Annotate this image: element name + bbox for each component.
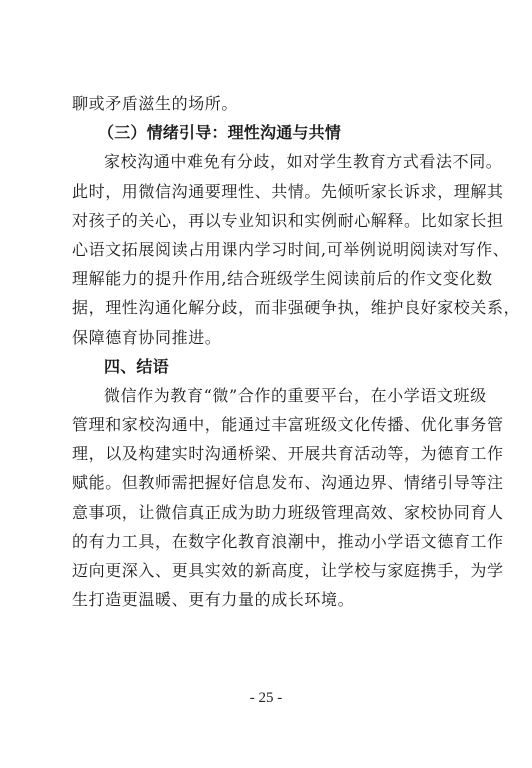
subheading-emotional-guidance: （三）情绪引导：理性沟通与共情 xyxy=(72,118,468,147)
paragraph-line: 聊或矛盾滋生的场所。 xyxy=(72,89,468,118)
paragraph-line: 对孩子的关心，再以专业知识和实例耐心解释。比如家长担 xyxy=(72,206,468,235)
paragraph-line: 保障德育协同推进。 xyxy=(72,323,468,352)
paragraph-line: 心语文拓展阅读占用课内学习时间,可举例说明阅读对写作、 xyxy=(72,235,468,264)
page-body: 聊或矛盾滋生的场所。 （三）情绪引导：理性沟通与共情 家校沟通中难免有分歧，如对… xyxy=(72,89,468,614)
paragraph-line: 意事项，让微信真正成为助力班级管理高效、家校协同育人 xyxy=(72,498,468,527)
paragraph-line: 据，理性沟通化解分歧，而非强硬争执，维护良好家校关系， xyxy=(72,293,468,322)
paragraph-line: 此时，用微信沟通要理性、共情。先倾听家长诉求，理解其 xyxy=(72,177,468,206)
paragraph-line: 赋能。但教师需把握好信息发布、沟通边界、情绪引导等注 xyxy=(72,468,468,497)
paragraph-line: 理，以及构建实时沟通桥梁、开展共育活动等，为德育工作 xyxy=(72,439,468,468)
page-number: - 25 - xyxy=(0,690,532,707)
paragraph-line: 理解能力的提升作用,结合班级学生阅读前后的作文变化数 xyxy=(72,264,468,293)
paragraph-line: 管理和家校沟通中，能通过丰富班级文化传播、优化事务管 xyxy=(72,410,468,439)
section-heading-conclusion: 四、结语 xyxy=(72,352,468,381)
paragraph-line: 生打造更温暖、更有力量的成长环境。 xyxy=(72,585,468,614)
document-page: 聊或矛盾滋生的场所。 （三）情绪引导：理性沟通与共情 家校沟通中难免有分歧，如对… xyxy=(0,0,532,768)
paragraph-line: 微信作为教育“微”合作的重要平台，在小学语文班级 xyxy=(72,381,468,410)
paragraph-line: 的有力工具，在数字化教育浪潮中，推动小学语文德育工作 xyxy=(72,527,468,556)
paragraph-line: 迈向更深入、更具实效的新高度，让学校与家庭携手，为学 xyxy=(72,556,468,585)
paragraph-line: 家校沟通中难免有分歧，如对学生教育方式看法不同。 xyxy=(72,147,468,176)
